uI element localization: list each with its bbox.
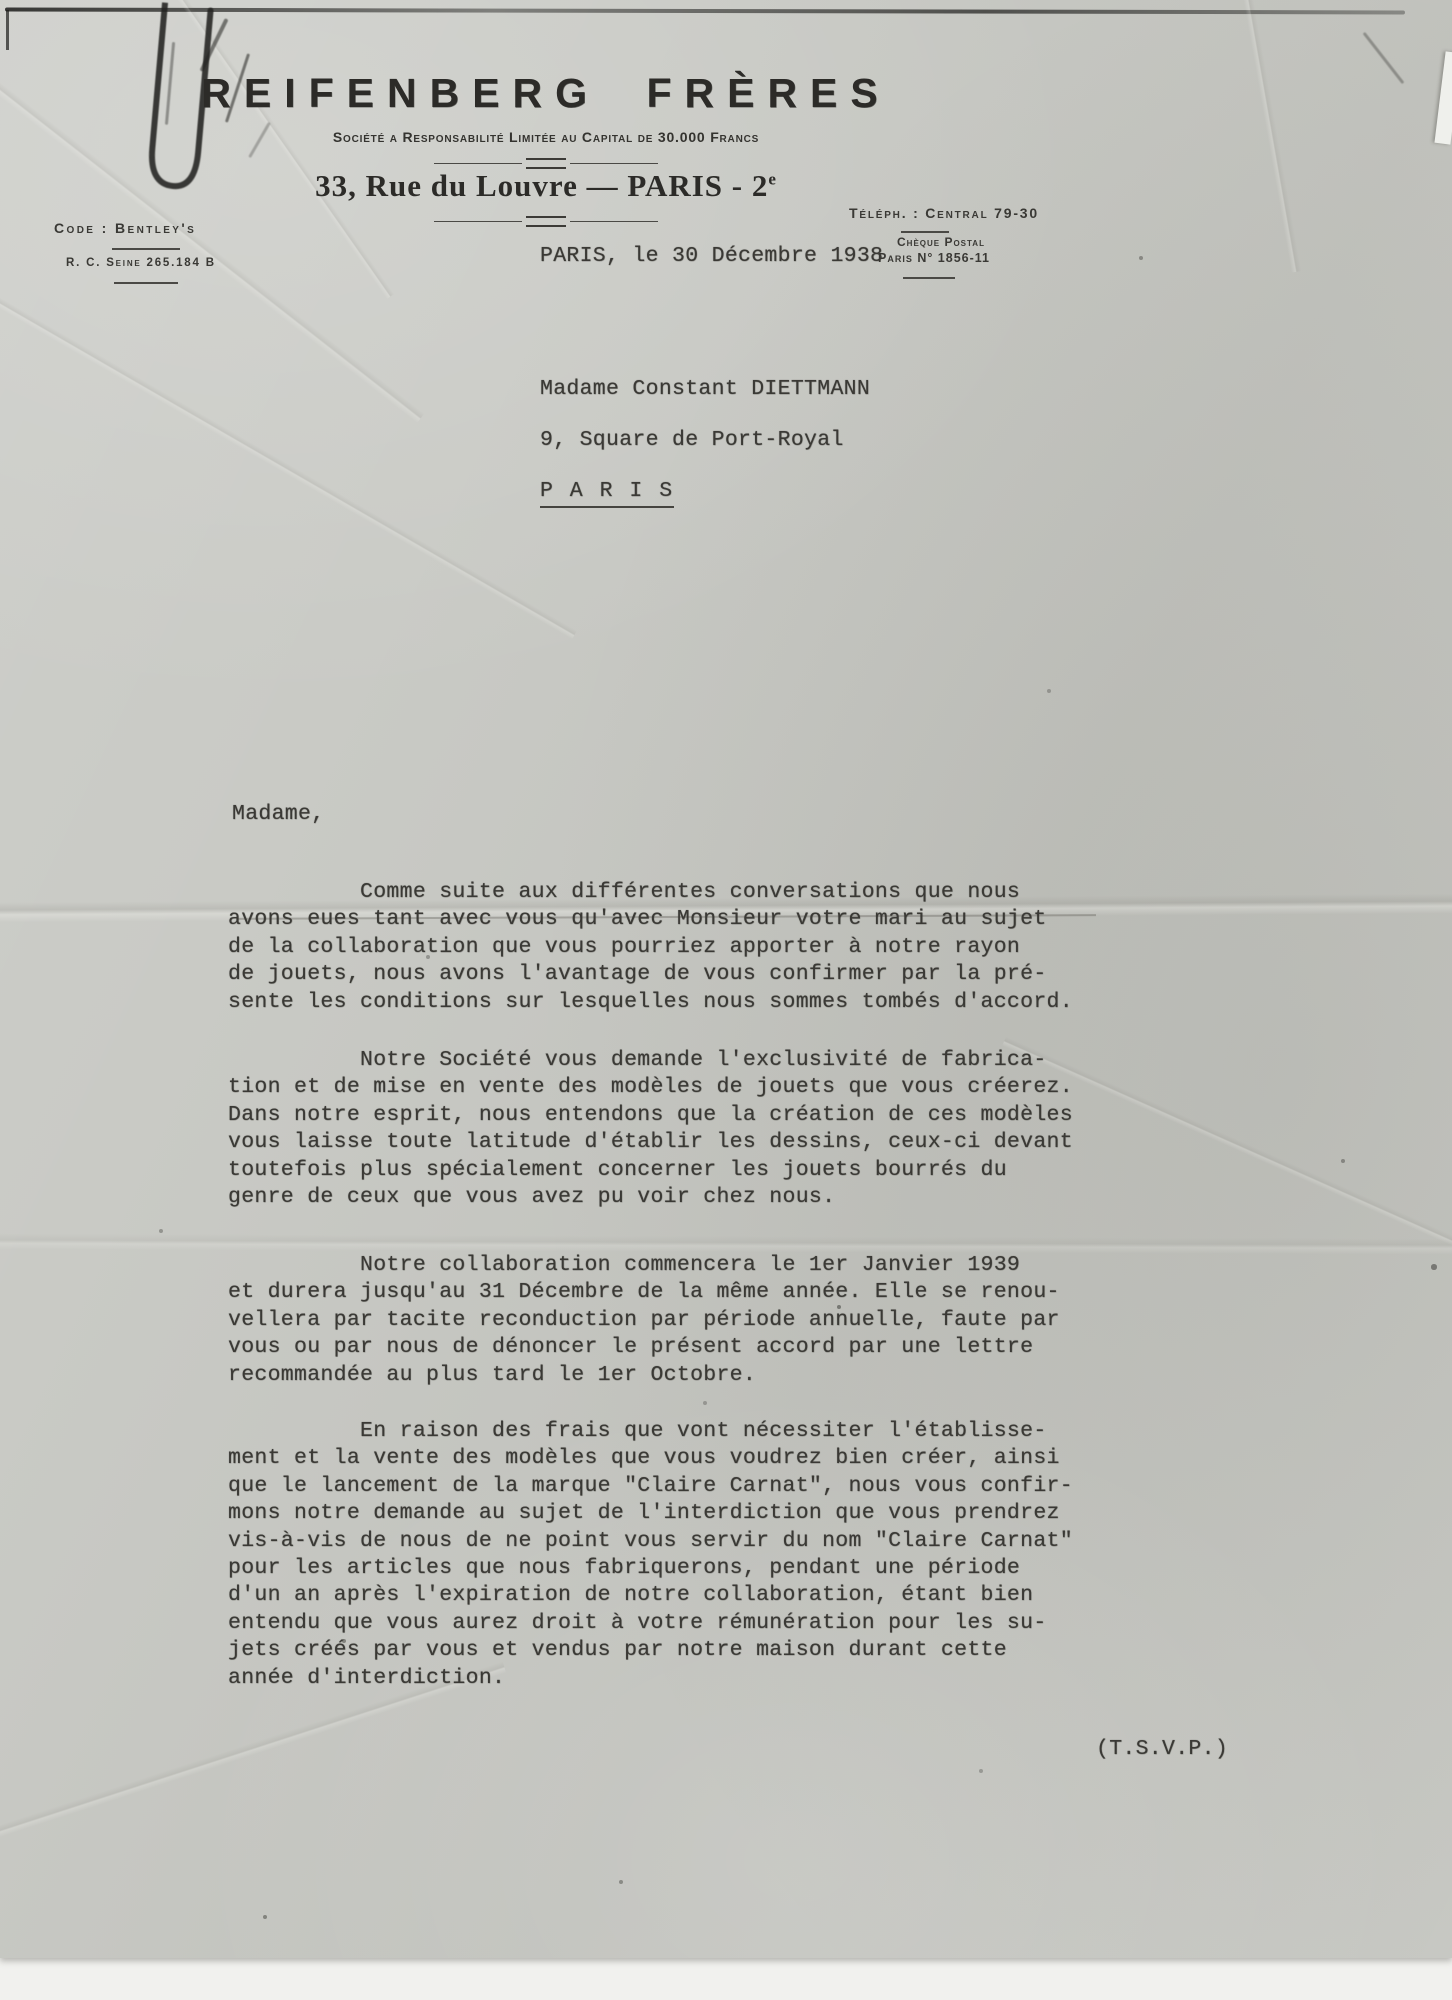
paper-left-edge [6, 10, 9, 50]
recipient-address-block: Madame Constant DIETTMANN 9, Square de P… [540, 377, 870, 508]
scanned-letter: REIFENBERG FRÈRES Société a Responsabili… [0, 0, 1452, 2000]
smudge-mark [1363, 32, 1405, 84]
recipient-city: P A R I S [540, 479, 674, 508]
letter-paper: REIFENBERG FRÈRES Société a Responsabili… [0, 0, 1452, 1958]
address-text: 33, Rue du Louvre — PARIS - 2 [315, 168, 768, 203]
cheque-postal-number: Paris N° 1856-11 [878, 251, 990, 265]
crease [0, 1661, 506, 1870]
body-paragraph-3: Notre collaboration commencera le 1er Ja… [228, 1252, 1060, 1389]
crease [0, 291, 577, 640]
salutation: Madame, [232, 801, 324, 828]
recipient-name: Madame Constant DIETTMANN [540, 377, 870, 401]
company-subtitle: Société a Responsabilité Limitée au Capi… [0, 129, 1092, 145]
body-paragraph-1: Comme suite aux différentes conversation… [228, 879, 1073, 1016]
turn-page-note: (T.S.V.P.) [1096, 1736, 1228, 1763]
phone-line: Téléph. : Central 79-30 [849, 205, 1039, 221]
rule [901, 231, 949, 233]
body-paragraph-2: Notre Société vous demande l'exclusivité… [228, 1047, 1073, 1211]
recipient-street: 9, Square de Port-Royal [540, 428, 844, 452]
address-superscript: e [768, 170, 777, 189]
code-line: Code : Bentley's [54, 220, 196, 236]
dust-specks [0, 0, 2, 2]
rule [112, 248, 180, 250]
company-address: 33, Rue du Louvre — PARIS - 2e [0, 168, 1092, 204]
registry-line: R. C. Seine 265.184 B [66, 257, 216, 269]
corner-fold [1434, 51, 1452, 144]
rule [114, 282, 178, 284]
cheque-postal-label: Chèque Postal [897, 235, 985, 249]
date-line: PARIS, le 30 Décembre 1938 [540, 243, 883, 270]
crease [1219, 0, 1302, 273]
company-name: REIFENBERG FRÈRES [0, 70, 1092, 117]
body-paragraph-4: En raison des frais que vont nécessiter … [228, 1418, 1073, 1692]
rule [903, 277, 955, 279]
